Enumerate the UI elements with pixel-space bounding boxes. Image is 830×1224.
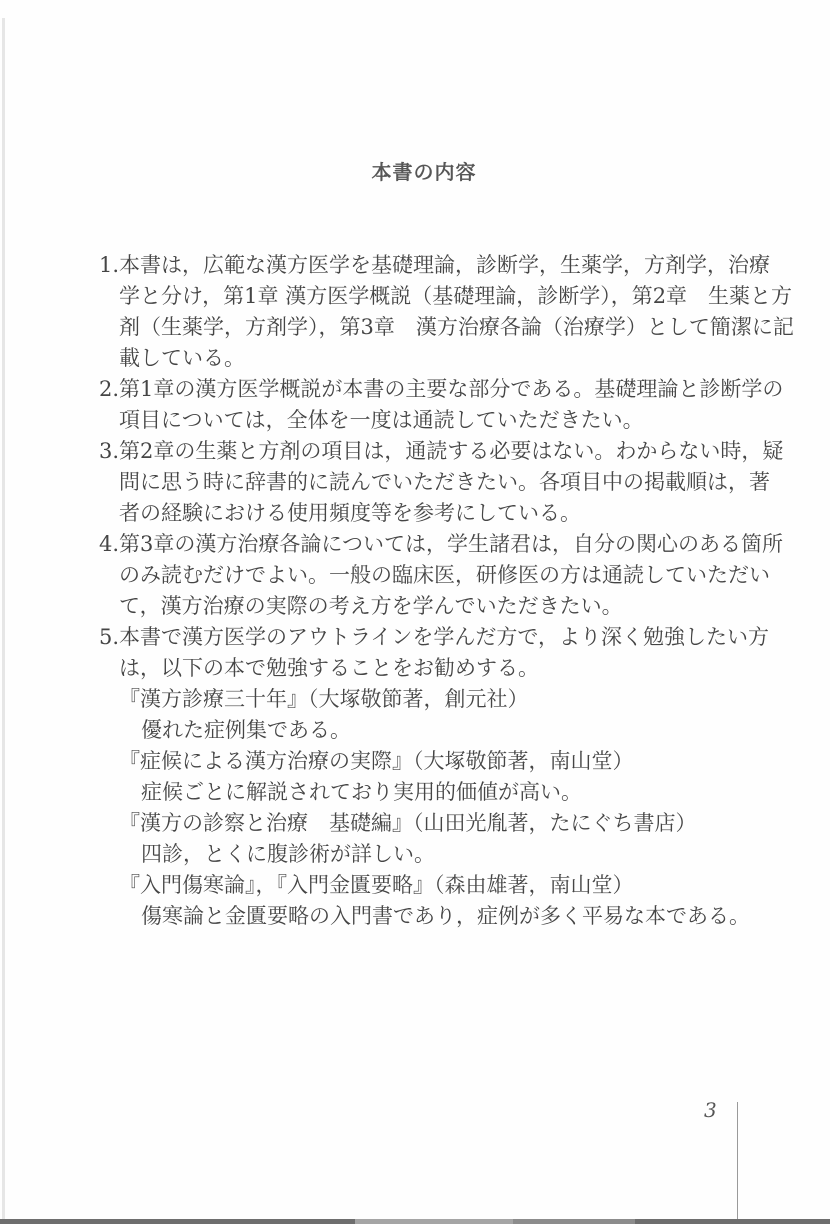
book-description-line: 傷寒論と金匱要略の入門書であり，症例が多く平易な本である。 [119,901,759,932]
text-line: 第2章の生薬と方剤の項目は，通読する必要はない。わからない時，疑 [119,436,759,467]
text-line: のみ読むだけでよい。一般の臨床医，研修医の方は通読していただい [119,560,759,591]
text-line: 第1章の漢方医学概説が本書の主要な部分である。基礎理論と診断学の [119,374,759,405]
list-item: 5.本書で漢方医学のアウトラインを学んだ方で，より深く勉強したい方は，以下の本で… [99,622,759,684]
book-title-line: 『症候による漢方治療の実際』（大塚敬節著，南山堂） [119,746,759,777]
text-line: 本書で漢方医学のアウトラインを学んだ方で，より深く勉強したい方 [119,622,759,653]
footer-vertical-rule [737,1102,738,1224]
text-line: 第3章の漢方治療各論については，学生諸君は，自分の関心のある箇所 [119,529,759,560]
numbered-list: 1.本書は，広範な漢方医学を基礎理論，診断学，生薬学，方剤学，治療学と分け，第1… [99,250,759,684]
book-title-line: 『漢方診療三十年』（大塚敬節著，創元社） [119,684,759,715]
book-page: 本書の内容 1.本書は，広範な漢方医学を基礎理論，診断学，生薬学，方剤学，治療学… [0,0,830,1224]
list-item-number: 1. [99,250,119,281]
page-number: 3 [704,1098,717,1122]
book-description-line: 優れた症例集である。 [119,715,759,746]
page-bottom-edge-mid-segment [513,1219,635,1224]
text-line: 剤（生薬学，方剤学），第3章 漢方治療各論（治療学）として簡潔に記 [119,312,759,343]
text-line: て，漢方治療の実際の考え方を学んでいただきたい。 [119,591,759,622]
text-line: 項目については，全体を一度は通読していただきたい。 [119,405,759,436]
content-column: 1.本書は，広範な漢方医学を基礎理論，診断学，生薬学，方剤学，治療学と分け，第1… [99,250,759,932]
page-left-edge-line [2,18,5,1224]
list-item: 2.第1章の漢方医学概説が本書の主要な部分である。基礎理論と診断学の項目について… [99,374,759,436]
text-line: は，以下の本で勉強することをお勧めする。 [119,653,759,684]
page-bottom-edge-light-segment [355,1219,513,1224]
list-item-number: 4. [99,529,119,560]
text-line: 問に思う時に辞書的に読んでいただきたい。各項目中の掲載順は，著 [119,467,759,498]
text-line: 本書は，広範な漢方医学を基礎理論，診断学，生薬学，方剤学，治療 [119,250,759,281]
list-item-number: 5. [99,622,119,653]
book-title-line: 『入門傷寒論』，『入門金匱要略』（森由雄著，南山堂） [119,870,759,901]
text-line: 載している。 [119,343,759,374]
book-description-line: 症候ごとに解説されており実用的価値が高い。 [119,777,759,808]
list-item-number: 2. [99,374,119,405]
page-bottom-edge-line [0,1219,830,1224]
book-description-line: 四診，とくに腹診術が詳しい。 [119,839,759,870]
page-title: 本書の内容 [99,156,749,185]
list-item: 3.第2章の生薬と方剤の項目は，通読する必要はない。わからない時，疑問に思う時に… [99,436,759,529]
list-item-number: 3. [99,436,119,467]
book-title-line: 『漢方の診察と治療 基礎編』（山田光胤著，たにぐち書店） [119,808,759,839]
list-item: 4.第3章の漢方治療各論については，学生諸君は，自分の関心のある箇所のみ読むだけ… [99,529,759,622]
list-item: 1.本書は，広範な漢方医学を基礎理論，診断学，生薬学，方剤学，治療学と分け，第1… [99,250,759,374]
book-list: 『漢方診療三十年』（大塚敬節著，創元社）優れた症例集である。『症候による漢方治療… [99,684,759,932]
text-line: 学と分け，第1章 漢方医学概説（基礎理論，診断学），第2章 生薬と方 [119,281,759,312]
text-line: 者の経験における使用頻度等を参考にしている。 [119,498,759,529]
